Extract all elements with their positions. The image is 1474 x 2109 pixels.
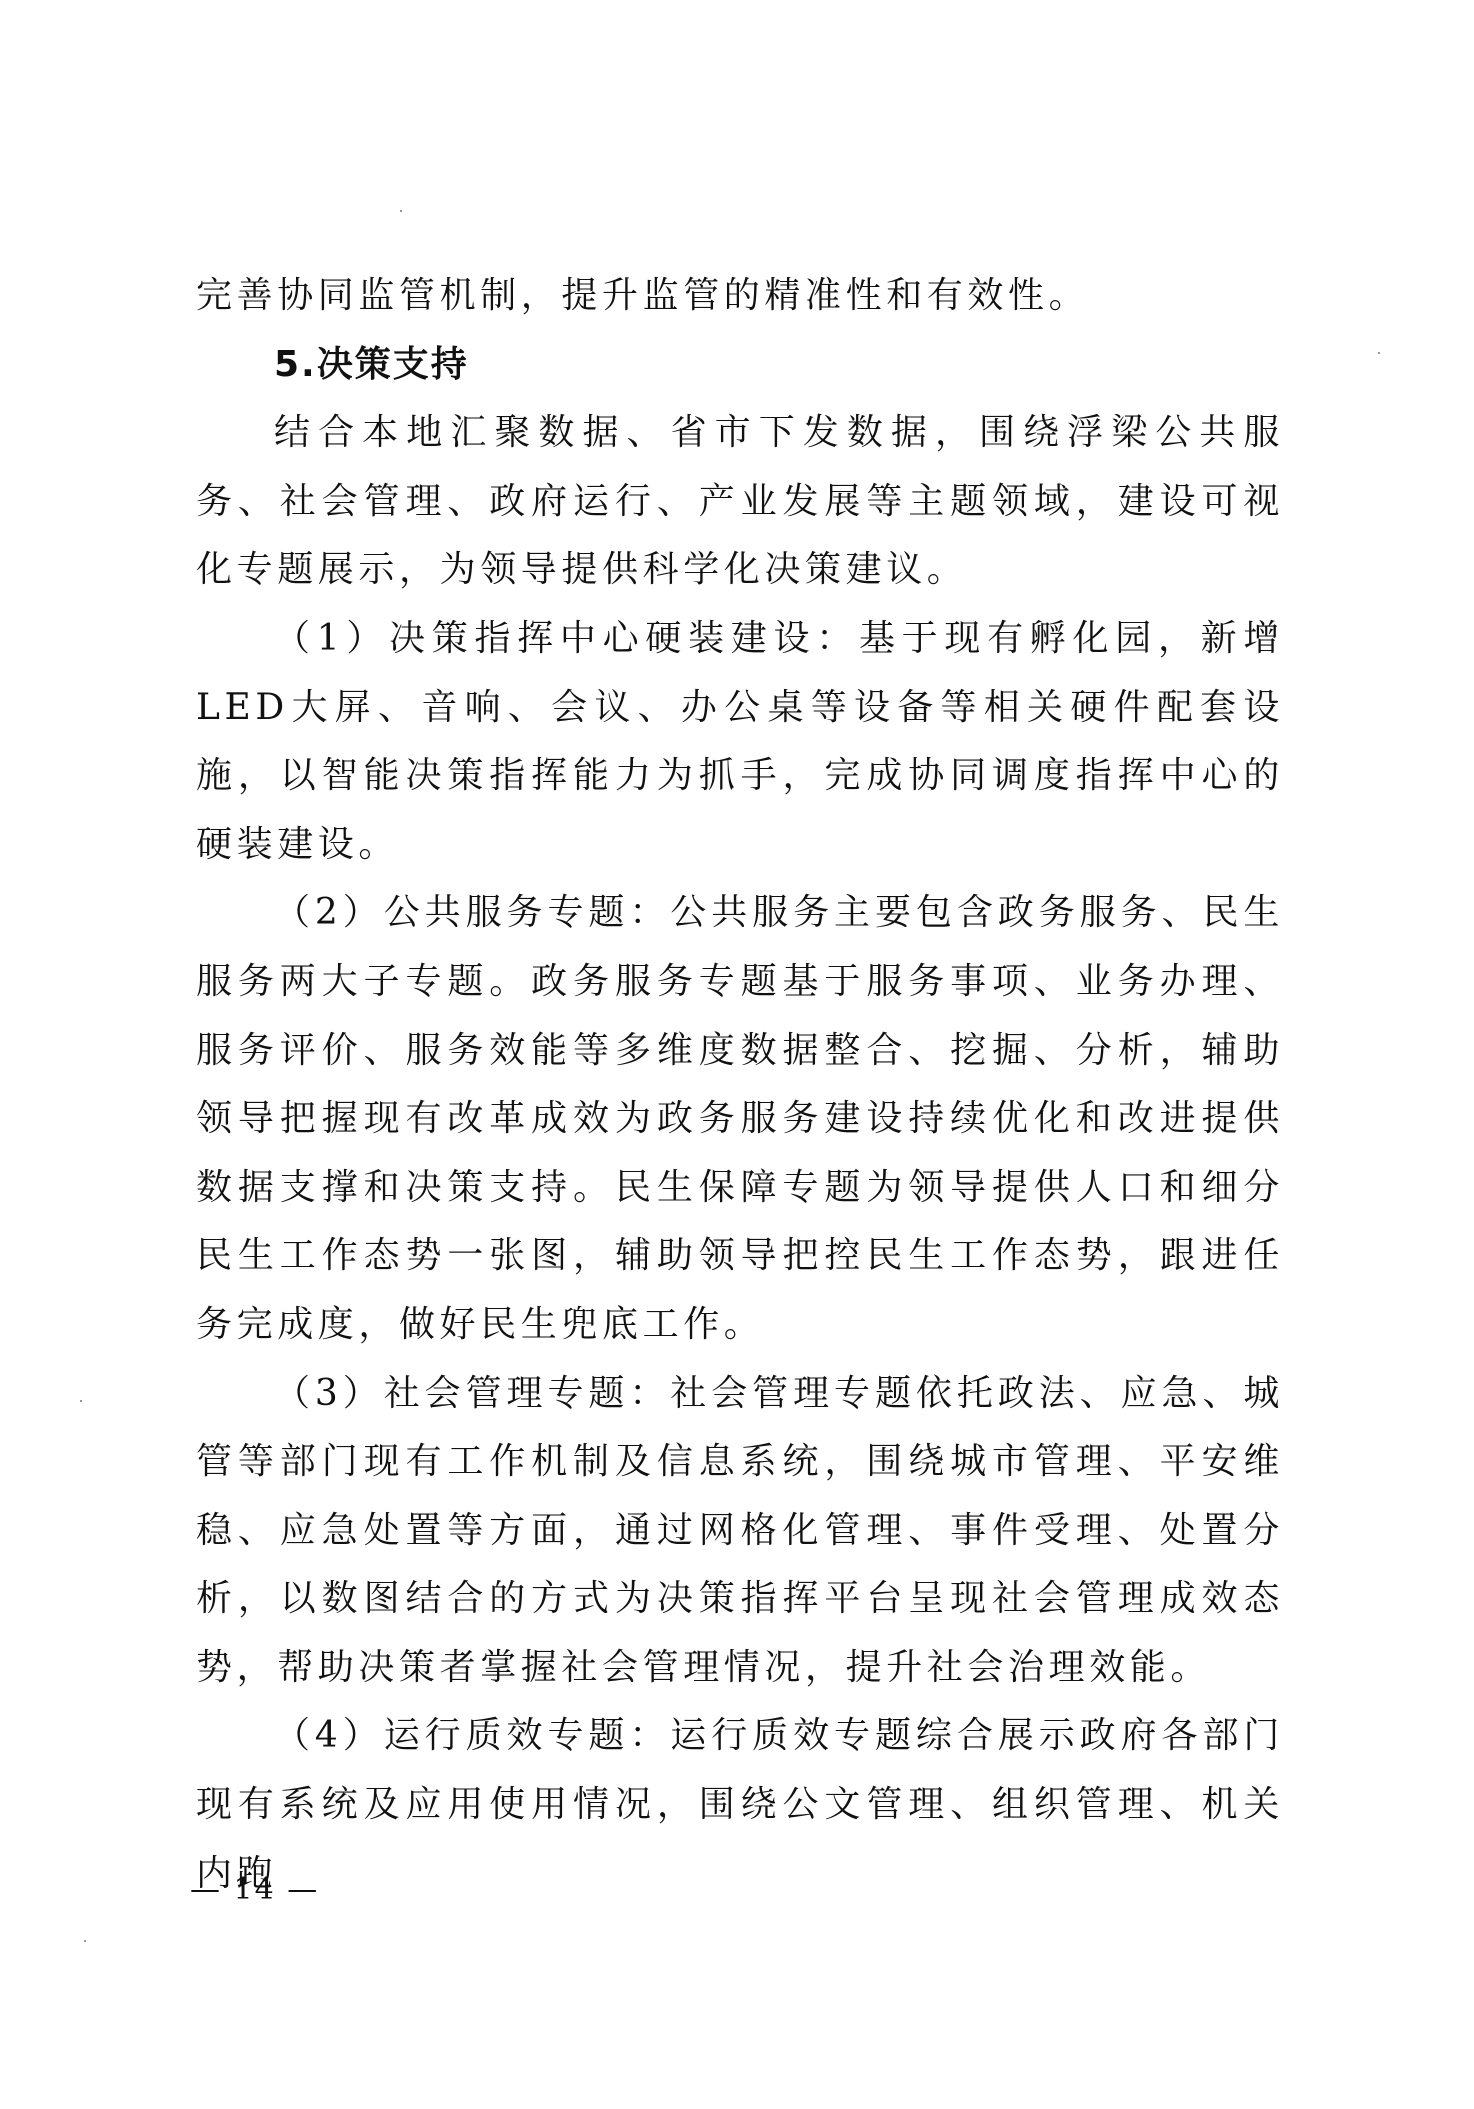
paragraph-item-1: （1）决策指挥中心硬装建设：基于现有孵化园，新增LED大屏、音响、会议、办公桌等… [196,605,1284,879]
document-body: 完善协同监管机制，提升监管的精准性和有效性。 5.决策支持 结合本地汇聚数据、省… [196,262,1284,1908]
document-page: 完善协同监管机制，提升监管的精准性和有效性。 5.决策支持 结合本地汇聚数据、省… [0,0,1474,2109]
scan-speck [80,1400,82,1402]
scan-speck [400,210,402,212]
paragraph-intro: 结合本地汇聚数据、省市下发数据，围绕浮梁公共服务、社会管理、政府运行、产业发展等… [196,399,1284,605]
section-heading: 5.决策支持 [196,331,1284,400]
paragraph-item-4: （4）运行质效专题：运行质效专题综合展示政府各部门现有系统及应用使用情况，围绕公… [196,1702,1284,1908]
paragraph-item-2: （2）公共服务专题：公共服务主要包含政务服务、民生服务两大子专题。政务服务专题基… [196,879,1284,1359]
paragraph-continuation: 完善协同监管机制，提升监管的精准性和有效性。 [196,262,1284,331]
paragraph-item-3: （3）社会管理专题：社会管理专题依托政法、应急、城管等部门现有工作机制及信息系统… [196,1360,1284,1703]
scan-speck [84,1940,86,1942]
scan-speck [1378,352,1380,354]
page-number: — 14 — [190,1872,319,1907]
